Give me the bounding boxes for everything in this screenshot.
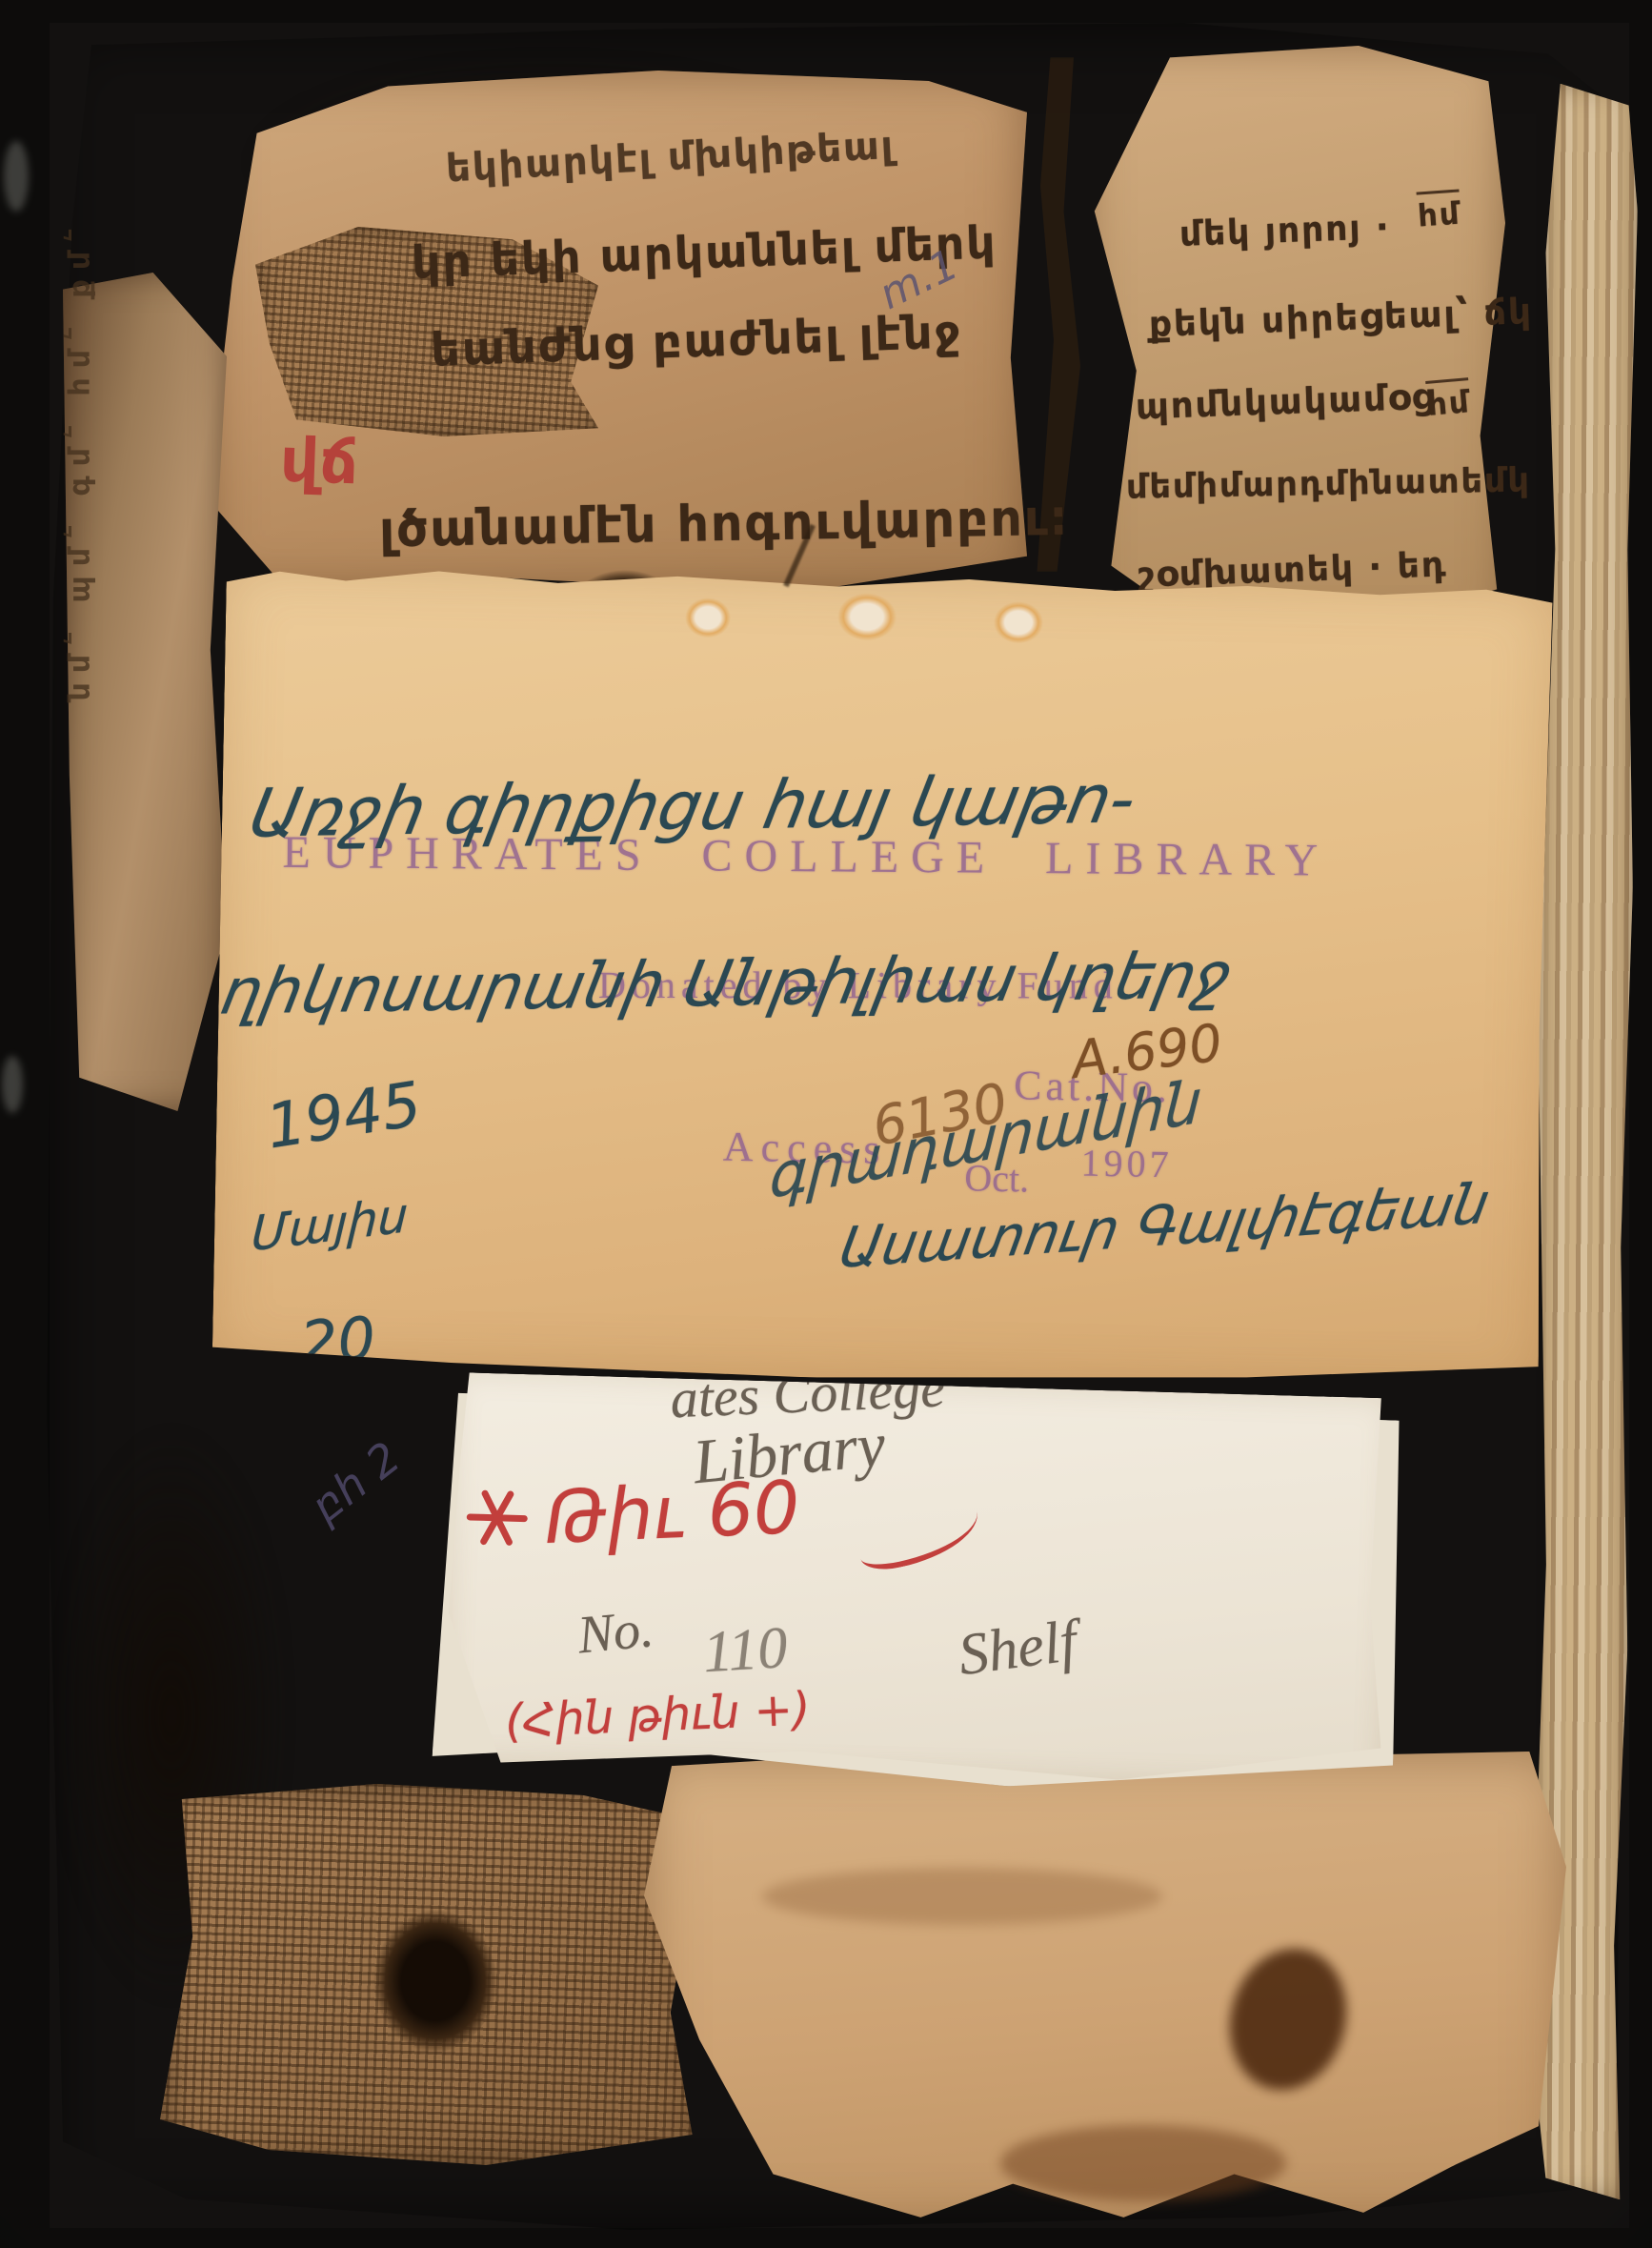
white-library-label: ates College Library Թիւ 60 No. 110 (Հին… <box>445 1372 1391 1787</box>
armenian-margin-note: հմ <box>1417 189 1462 233</box>
photograph-book-cover: եկիարկէլ մխկիթեալ կր եկի արկաննել մերկ ե… <box>0 0 1652 2248</box>
armenian-margin-note: հմ <box>1425 377 1472 423</box>
bottom-leather-band <box>53 2020 1578 2234</box>
frame-scuff <box>2 1056 23 1113</box>
armenian-script-line: լծանամէն հոգուվարբու։ <box>379 490 1070 559</box>
label-stain <box>685 597 732 638</box>
armenian-script-line: մեմիմարդմինատեմկ <box>1126 461 1532 506</box>
frame-left <box>0 0 50 2248</box>
frame-scuff <box>4 141 29 212</box>
red-number-text: Թիւ 60 <box>543 1465 801 1560</box>
red-quire-mark: վճ <box>279 426 360 499</box>
tan-donation-label: EUPHRATES COLLEGE LIBRARY Donated by Lib… <box>212 564 1553 1390</box>
red-check-flourish <box>853 1494 985 1575</box>
handwritten-month: Մայիս <box>250 1187 409 1263</box>
pencil-no-text: No. <box>575 1598 656 1666</box>
red-old-number-text: (Հին թիւն +) <box>504 1682 812 1748</box>
label-stain <box>837 593 897 641</box>
handwritten-year-1945: 1945 <box>262 1069 426 1163</box>
pencil-shelf-text: Shelf <box>955 1608 1080 1690</box>
label-stain <box>994 601 1044 644</box>
armenian-script-line: մեկ յորոյ ∙ <box>1179 208 1391 254</box>
handwritten-armenian-line1: Առջի գիրքիցս հայ կաթո- <box>243 759 1142 853</box>
pencil-no-value: 110 <box>701 1614 789 1687</box>
red-asterisk-mark <box>466 1487 529 1549</box>
handwritten-signature: Ասատուր Գալփէգեան <box>835 1170 1494 1281</box>
handwritten-armenian-line2: ղիկոսարանի Անթիլիաս կղերջ <box>216 939 1239 1029</box>
faint-offset-text-smudge <box>762 1868 1162 1925</box>
frame-top <box>0 0 1652 23</box>
armenian-vertical-notes: նմ՟ պմ՟ գմ՟ հմ՟ քմ՟ <box>64 72 97 701</box>
